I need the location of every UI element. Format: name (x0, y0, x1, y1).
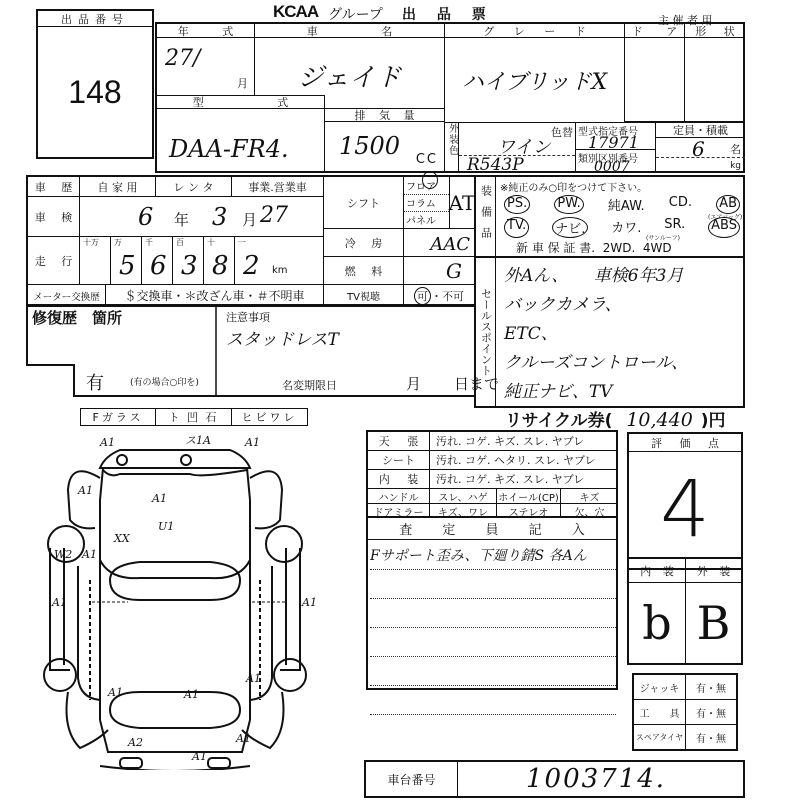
wheel-label: ホイール(CP) (497, 489, 561, 504)
group-label: グループ (328, 4, 383, 24)
history-label: 車 歴 (28, 177, 80, 197)
equipment-item[interactable]: TV. (504, 217, 529, 238)
mileage-digit-value: 2 (243, 251, 260, 281)
accessory-options[interactable]: 有・無 (686, 700, 736, 725)
equipment-item[interactable]: CD. (669, 195, 692, 214)
mileage-digit-cell[interactable]: 一2 (235, 237, 266, 284)
mileage-digit-value: 8 (212, 251, 229, 281)
glass-cell-front[interactable]: Fガラス (80, 408, 156, 426)
inspection-month-label: 月 (242, 209, 257, 230)
form-title: 出 品 票 (402, 4, 486, 24)
equipment-row-1: PS.PW.純AW.CD.AB (504, 195, 740, 214)
notes-label: 注意事項 (226, 309, 270, 325)
history-table: 車 歴 自 家 用 レ ン タ 事業.営業車 車 検 6 年 3 月 27 走 … (26, 175, 476, 306)
score-box: 評 価 点 4 (627, 432, 743, 570)
model-value[interactable]: DAA-FR4. (157, 109, 325, 173)
recycle-label: リサイクル券( (505, 411, 612, 431)
inspector-note-line[interactable] (370, 685, 616, 715)
shift-options[interactable]: フロア コラム パネル (404, 177, 450, 229)
exterior-score-label: 外 装 (686, 559, 741, 583)
brand-logo: KCAA (273, 2, 318, 22)
history-option-private[interactable]: 自 家 用 (80, 177, 156, 197)
type-designation-field[interactable]: 型式指定番号 17971 類別区別番号 0007 (576, 122, 656, 173)
svg-text:A1: A1 (235, 732, 251, 745)
tv-options[interactable]: 可 ・ 不可 (404, 285, 474, 306)
meter-exchange-options[interactable]: ＄交換車・＊改ざん車・＃不明車 (106, 285, 324, 306)
inspection-day: 27 (260, 203, 288, 228)
repair-label: 修復歴 箇所 (32, 307, 122, 328)
shape-value[interactable] (685, 38, 745, 122)
equipment-row-3[interactable]: 新 車 保 証 書. 2WD. 4WD (516, 239, 672, 256)
lot-number-box: 出品番号 148 (36, 9, 154, 159)
interior-score-label: 内 装 (629, 559, 686, 583)
svg-text:A1: A1 (183, 688, 199, 701)
svg-text:A1: A1 (77, 484, 93, 497)
sales-points-box: セールスポイント 外Aん、 車検6年3月バックカメラ、ETC、クルーズコントロー… (474, 256, 745, 408)
inspector-label: 査 定 員 記 入 (368, 518, 616, 540)
mileage-digit-label: 千 (145, 237, 153, 248)
mileage-digit-value: 6 (150, 251, 167, 281)
tv-option-yes[interactable]: 可 (414, 287, 431, 305)
model-label: 型 式 (157, 95, 325, 109)
exterior-score-value: B (686, 583, 741, 663)
inspection-year: 6 (138, 203, 153, 231)
chassis-number-box: 車台番号 1003714. (364, 760, 745, 798)
accessories-box: ジャッキ有・無工 具有・無スペアタイヤ有・無 (632, 673, 738, 751)
history-option-business[interactable]: 事業.営業車 (232, 177, 324, 197)
svg-text:A1: A1 (244, 436, 260, 449)
mileage-digit-cell[interactable]: 千6 (142, 237, 173, 284)
color-change-label: 色替 (551, 124, 573, 140)
sales-point-line: クルーズコントロール、 (504, 349, 739, 378)
glass-cell-crack[interactable]: ヒビワレ (232, 408, 308, 426)
mileage-digit-cell[interactable]: 百3 (173, 237, 204, 284)
year-label: 年 式 (157, 24, 255, 38)
inspection-month: 3 (212, 203, 227, 231)
car-damage-diagram[interactable]: A1ス1AA1 A1A1U1 XXW2A1 A1A1 A1A1A1 A2A1A1 (40, 430, 350, 770)
grade-value[interactable]: ハイブリッドX (445, 38, 625, 122)
vehicle-info-table: 年 式 車 名 グ レ ー ド ド ア 形 状 27/ 月 ジェイド ハイブリッ… (155, 22, 745, 173)
mileage-label: 走 行 (28, 237, 80, 285)
accessory-options[interactable]: 有・無 (686, 725, 736, 750)
fuel-value[interactable]: G (404, 257, 474, 285)
capacity-field[interactable]: 定員・積載 6 名 kg (656, 122, 745, 173)
shape-label: 形 状 (685, 24, 745, 38)
svg-text:A1: A1 (107, 686, 123, 699)
svg-text:A1: A1 (151, 492, 167, 505)
chassis-number-label: 車台番号 (366, 762, 458, 796)
history-option-rental[interactable]: レ ン タ (156, 177, 232, 197)
sales-point-line: 外Aん、 車検6年3月 (504, 262, 739, 291)
name-change-day-label: 日まで (454, 373, 499, 394)
inspector-note-line[interactable] (370, 569, 616, 599)
equipment-item[interactable]: ABS (708, 217, 740, 238)
exterior-color-label: 外装色 (445, 122, 459, 173)
svg-text:ス1A: ス1A (185, 434, 211, 447)
equipment-item[interactable]: PW. (554, 195, 583, 214)
load-unit: kg (730, 161, 741, 171)
chassis-number-value[interactable]: 1003714. (526, 764, 666, 794)
tv-label: TV視聴 (324, 285, 404, 306)
recycle-fee: リサイクル券( 10,440 )円 (505, 406, 726, 431)
svg-text:XX: XX (113, 532, 131, 545)
sales-point-line: バックカメラ、 (504, 291, 739, 320)
accessory-label: ジャッキ (634, 675, 686, 700)
handle-label: ハンドル (368, 489, 430, 504)
ac-value[interactable]: AAC (404, 229, 474, 257)
door-value[interactable] (625, 38, 685, 122)
equipment-item[interactable]: ナビ. (552, 217, 588, 238)
mileage-digit-label: 万 (114, 237, 122, 248)
sub-score-box: 内 装 外 装 b B (627, 557, 743, 665)
handle-options[interactable]: スレ、ハゲ (430, 489, 497, 504)
notes-value[interactable]: スタッドレスT (226, 325, 339, 350)
capacity-label: 定員・積載 (656, 123, 745, 138)
lot-number-value: 148 (38, 27, 152, 157)
equipment-item[interactable]: カワ. (611, 217, 641, 238)
mileage-digit-label: 一 (238, 237, 246, 248)
displacement-field[interactable]: 1500 CC (325, 122, 445, 173)
shift-floor-circle (422, 171, 438, 189)
mileage-digit-value: 3 (181, 251, 198, 281)
accessory-label: スペアタイヤ (634, 725, 686, 750)
svg-text:A1: A1 (81, 548, 97, 561)
inspector-note-line[interactable] (370, 627, 616, 657)
shift-option-panel[interactable]: パネル (406, 212, 436, 228)
repair-has-option[interactable]: 有 (86, 369, 104, 395)
name-change-deadline-label: 名変期限日 (282, 377, 337, 393)
lot-number-label: 出品番号 (38, 11, 152, 27)
svg-text:W2: W2 (54, 548, 72, 561)
fuel-label: 燃 料 (324, 257, 404, 285)
svg-text:A1: A1 (51, 596, 67, 609)
score-value: 4 (629, 452, 741, 568)
wheel-options[interactable]: キズ (561, 489, 618, 504)
tv-option-no[interactable]: 不可 (442, 288, 464, 304)
shift-label: シフト (324, 177, 404, 229)
interior-condition-label: シート (368, 451, 430, 470)
score-label: 評 価 点 (629, 434, 741, 452)
svg-text:A1: A1 (245, 672, 261, 685)
mileage-digit-cell[interactable]: 十万 (80, 237, 111, 284)
accessory-label: 工 具 (634, 700, 686, 725)
mileage-digit-value: 5 (119, 251, 136, 281)
month-label: 月 (237, 75, 248, 91)
glass-cell-chip[interactable]: ト 凹 石 (156, 408, 232, 426)
interior-condition-label: 内 装 (368, 470, 430, 489)
mileage-digit-cell[interactable]: 万5 (111, 237, 142, 284)
color-code-value: R543P (467, 155, 524, 175)
svg-text:A1: A1 (99, 436, 115, 449)
year-value: 27/ (165, 46, 200, 71)
meter-exchange-label: メーター交換歴 (28, 285, 106, 306)
accessory-options[interactable]: 有・無 (686, 675, 736, 700)
equipment-label: 装備品 (476, 177, 496, 256)
svg-text:A2: A2 (127, 736, 143, 749)
equipment-item[interactable]: PS. (504, 195, 530, 214)
svg-text:A1: A1 (191, 750, 207, 763)
shift-value[interactable]: AT (450, 177, 474, 229)
displacement-value: 1500 (339, 132, 400, 160)
year-field[interactable]: 27/ 月 (157, 38, 255, 95)
inspector-note-line[interactable] (370, 598, 616, 628)
grade-label: グ レ ー ド (445, 24, 625, 38)
displacement-label: 排 気 量 (325, 108, 445, 122)
inspector-notes-box: 査 定 員 記 入 Fサポート歪み、下廻り錆S 各Aん (366, 516, 618, 690)
ac-label: 冷 房 (324, 229, 404, 257)
svg-text:A1: A1 (301, 596, 317, 609)
sales-point-line: 純正ナビ、TV (504, 378, 739, 407)
equipment-box: 装備品 ※純正のみ○印をつけて下さい。 PS.PW.純AW.CD.AB (エアバ… (474, 175, 745, 258)
interior-condition-label: 天 張 (368, 432, 430, 451)
inspection-label: 車 検 (28, 197, 80, 237)
repair-notes-section: 修復歴 箇所 有 (有の場合○印を) 注意事項 スタッドレスT 名変期限日 月 … (26, 305, 476, 397)
capacity-unit: 名 (730, 141, 741, 157)
mileage-digit-label: 十 (207, 237, 215, 248)
mileage-digit-label: 十万 (83, 237, 99, 248)
glass-damage-row: Fガラス ト 凹 石 ヒビワレ (80, 408, 308, 426)
exterior-color-field[interactable]: 色替 ワイン R543P (459, 122, 576, 173)
interior-condition-options[interactable]: 汚れ. コゲ. ヘタリ. スレ. ヤブレ (430, 451, 618, 470)
name-change-month-label: 月 (406, 373, 421, 394)
car-name-label: 車 名 (255, 24, 445, 38)
shift-option-column[interactable]: コラム (406, 195, 436, 211)
mileage-field[interactable]: 十万万5千6百3十8一2km (80, 237, 324, 285)
interior-condition-options[interactable]: 汚れ. コゲ. キズ. スレ. ヤブレ (430, 432, 618, 451)
repair-note: (有の場合○印を) (130, 375, 199, 388)
displacement-unit: CC (416, 152, 438, 167)
inspector-note-line[interactable]: Fサポート歪み、下廻り錆S 各Aん (370, 540, 616, 570)
inspection-field[interactable]: 6 年 3 月 27 (80, 197, 324, 237)
interior-score-value: b (629, 583, 686, 663)
mileage-digit-label: 百 (176, 237, 184, 248)
recycle-value[interactable]: 10,440 (626, 409, 692, 431)
interior-condition-options[interactable]: 汚れ. コゲ. キズ. スレ. ヤブレ (430, 470, 618, 489)
sales-point-line: ETC、 (504, 320, 739, 349)
category-number-value: 0007 (594, 159, 630, 175)
recycle-unit: )円 (701, 411, 726, 431)
mileage-unit: km (272, 265, 288, 276)
interior-condition-table: 天 張汚れ. コゲ. キズ. スレ. ヤブレシート汚れ. コゲ. ヘタリ. スレ… (366, 430, 618, 518)
inspector-note-line[interactable] (370, 656, 616, 686)
svg-text:U1: U1 (158, 520, 174, 533)
inspection-year-label: 年 (174, 209, 189, 230)
equipment-note: ※純正のみ○印をつけて下さい。 (500, 179, 647, 194)
equipment-row-2: TV.ナビ.カワ.SR.ABS (504, 217, 740, 238)
equipment-item[interactable]: 純AW. (608, 195, 645, 214)
door-label: ド ア (625, 24, 685, 38)
mileage-digit-cell[interactable]: 十8 (204, 237, 235, 284)
sales-points-lines[interactable]: 外Aん、 車検6年3月バックカメラ、ETC、クルーズコントロール、純正ナビ、TV (504, 262, 739, 407)
